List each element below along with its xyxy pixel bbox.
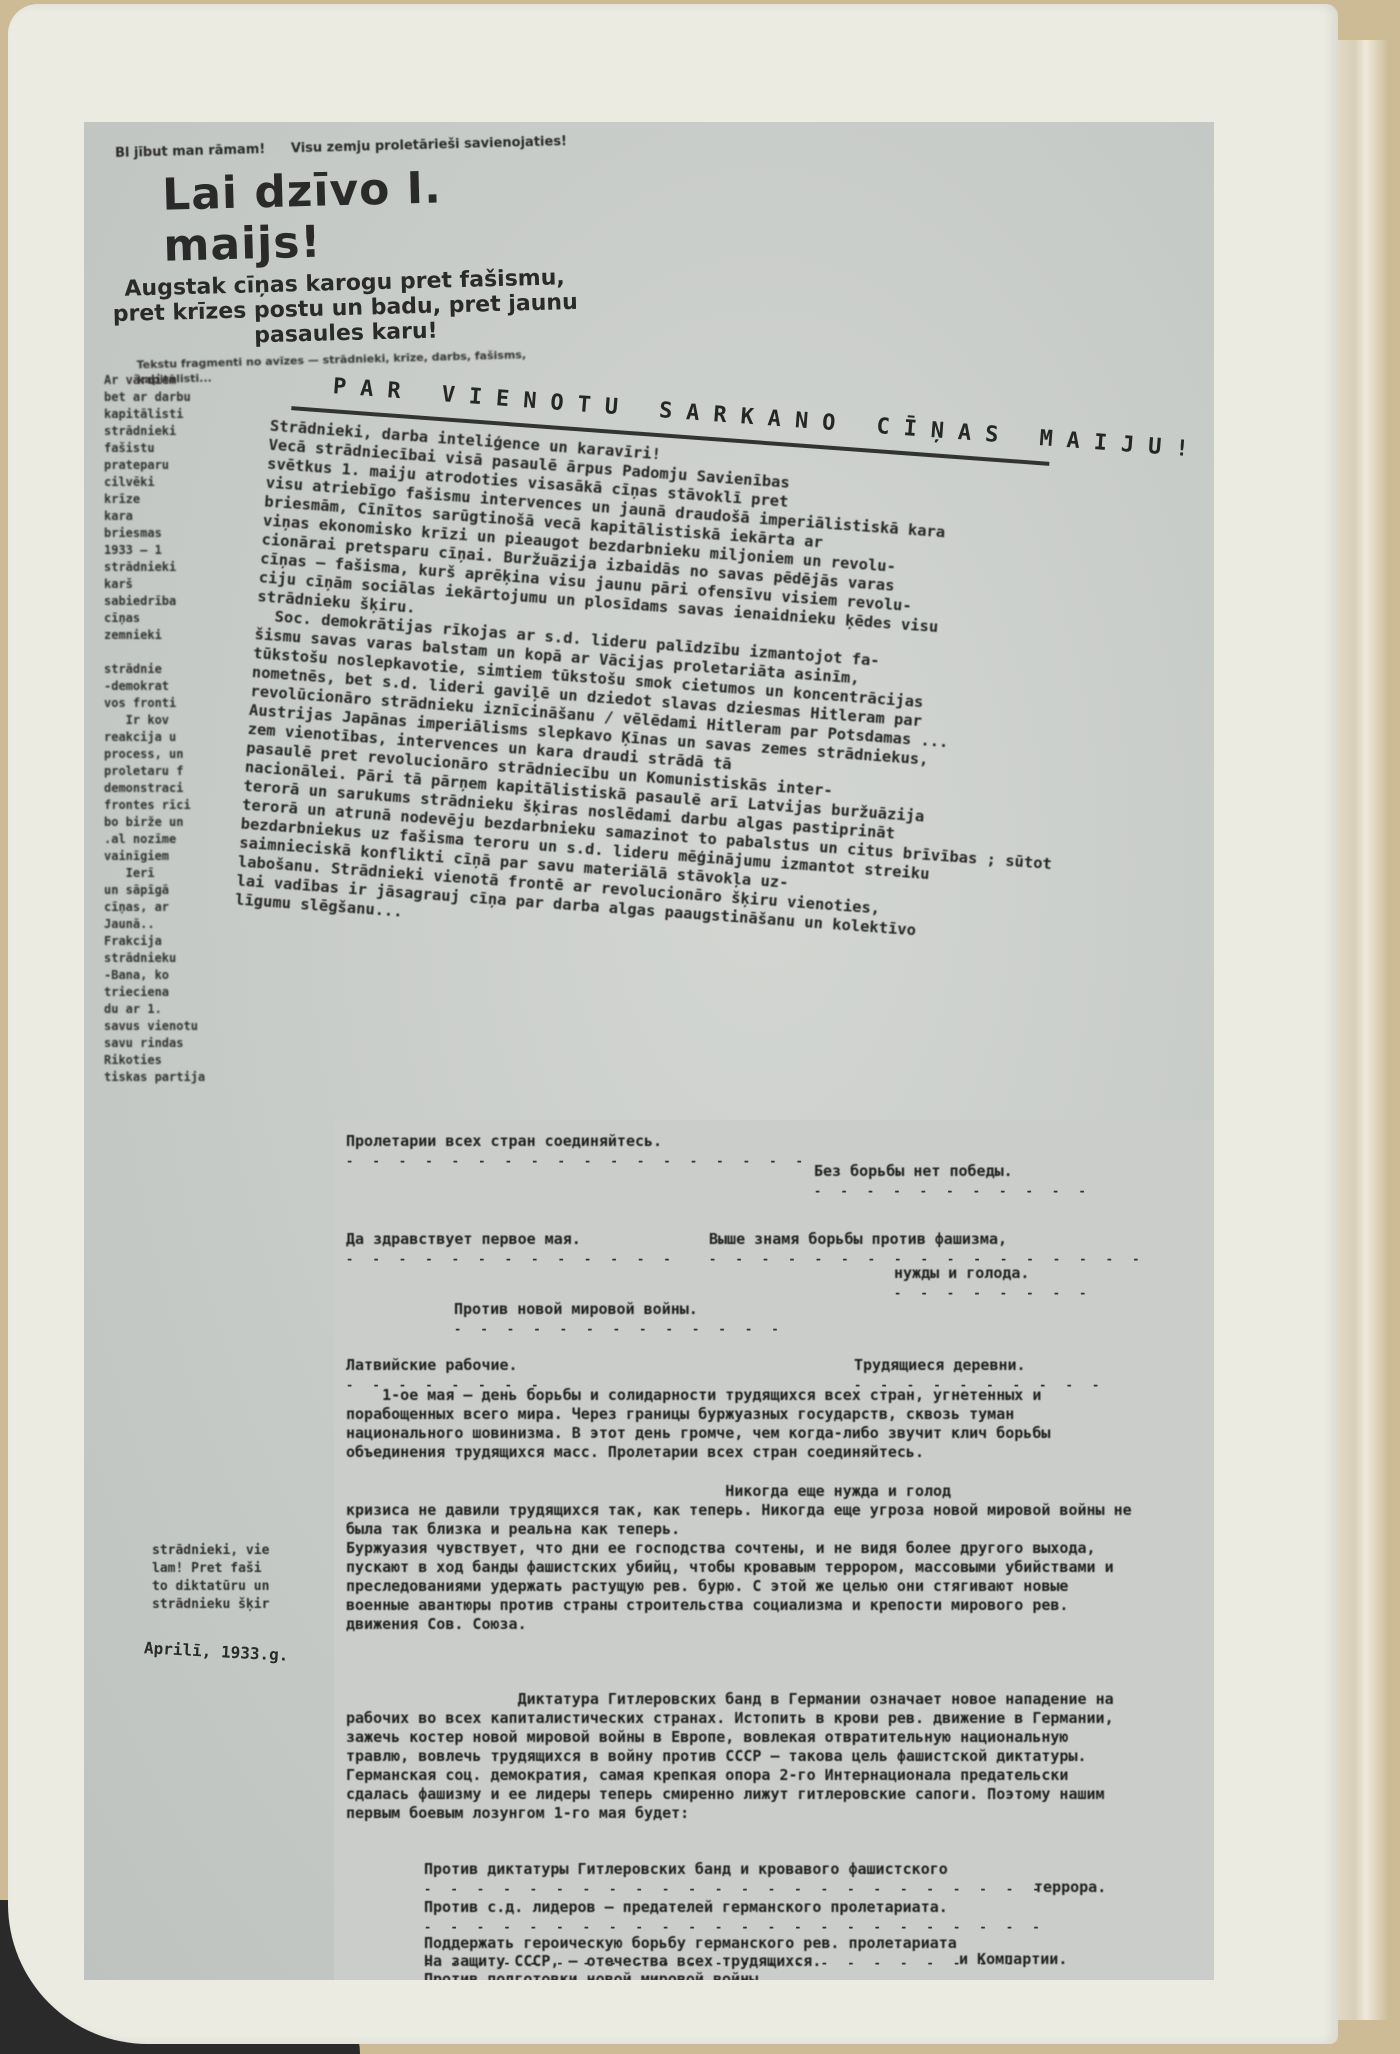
- slogan: Против новой мировой войны.: [454, 1300, 698, 1319]
- newspaper-clipping: Bl jībut man rāmam! Visu zemju proletāri…: [101, 134, 587, 388]
- address: Латвийские рабочие.: [346, 1356, 518, 1375]
- slogan-final: На защиту СССР, — отечества всех трудящи…: [424, 1952, 821, 1970]
- clipping-top-right: Visu zemju proletārieši savienojaties!: [291, 134, 567, 156]
- latvian-leaflet-body: Strādnieki, darba inteliģence un karavīr…: [234, 417, 1128, 973]
- address: Трудящиеся деревни.: [854, 1356, 1026, 1375]
- slogan: и Компартии.: [959, 1950, 1067, 1969]
- underline-dots: - - - - - - - - - - - - -: [346, 1250, 677, 1269]
- slogan: Пролетарии всех стран соединяйтесь.: [346, 1132, 662, 1151]
- slogan: Без борьбы нет победы.: [814, 1162, 1013, 1181]
- clipping-subheadline: Augstak cīņas karogu pret fašismu, pret …: [104, 265, 586, 353]
- slogan: Да здравствует первое мая.: [346, 1230, 581, 1249]
- paragraph: Никогда еще нужда и голод кризиса не дав…: [346, 1482, 1136, 1634]
- latvian-leaflet: PAR VIENOTU SARKANO CĪŅAS MAIJU! Strādni…: [264, 372, 1214, 985]
- book-page-edges: [1330, 40, 1390, 2020]
- slogan: Выше знамя борьбы против фашизма,: [709, 1230, 1007, 1249]
- slogan: Поддержать героическую борьбу германског…: [424, 1934, 957, 1953]
- leaflet-date: Aprilī, 1933.g.: [144, 1638, 289, 1665]
- underline-dots: - - - - - - - - - - - - - - - - - - - - …: [424, 1880, 1046, 1899]
- slogan: Против подготовки новой мировой войны.: [424, 1970, 767, 1980]
- slogan: нужды и голода.: [894, 1264, 1029, 1283]
- slogan: Против диктатуры Гитлеровских банд и кро…: [424, 1860, 948, 1879]
- underline-dots: - - - - - - - -: [894, 1284, 1092, 1303]
- clipping-top-left: Bl jībut man rāmam!: [115, 142, 266, 161]
- slogan: террора.: [1034, 1878, 1106, 1897]
- book-page: Bl jībut man rāmam! Visu zemju proletāri…: [8, 4, 1338, 2044]
- russian-leaflet: Пролетарии всех стран соединяйтесь. - - …: [334, 1120, 1214, 1980]
- paragraph: Диктатура Гитлеровских банд в Германии о…: [346, 1690, 1136, 1823]
- paragraph: 1-ое мая — день борьбы и солидарности тр…: [346, 1386, 1136, 1462]
- underline-dots: - - - - - - - - - - - - - - - - - -: [346, 1152, 809, 1171]
- latvian-signoff: strādnieki, vie lam! Pret faši to diktat…: [152, 1542, 302, 1614]
- clipping-headline: Lai dzīvo I. maijs!: [162, 159, 585, 272]
- clipping-left-column: Ar vārdiem bet ar darbu kapitālisti strā…: [104, 372, 236, 1086]
- archival-photo: Bl jībut man rāmam! Visu zemju proletāri…: [84, 122, 1214, 1980]
- slogan: Против с.д. лидеров — предателей германс…: [424, 1898, 948, 1917]
- underline-dots: - - - - - - - - - - - - -: [454, 1320, 785, 1339]
- underline-dots: - - - - - - - - - - -: [814, 1182, 1092, 1201]
